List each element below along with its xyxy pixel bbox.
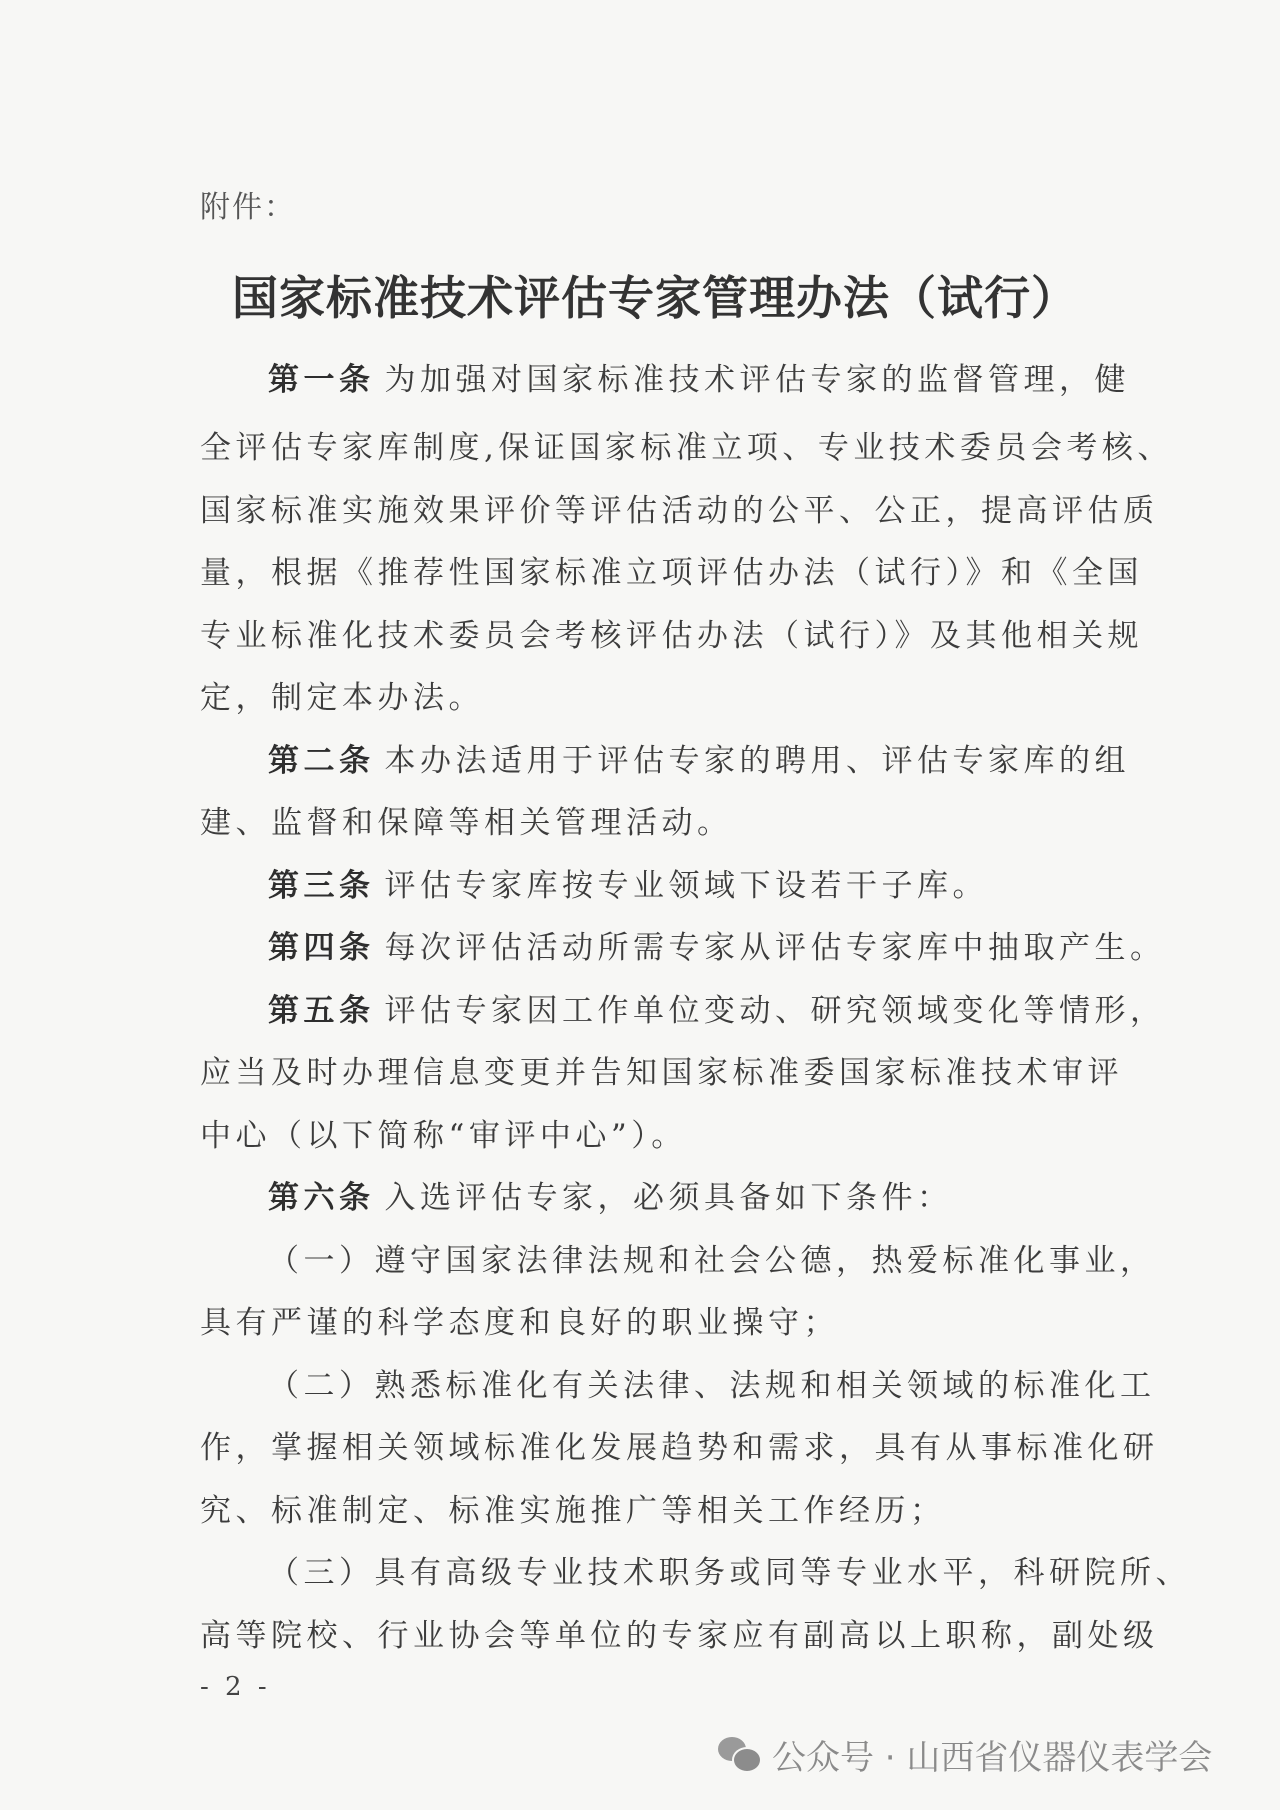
paragraph-line: 第二条本办法适用于评估专家的聘用、评估专家库的组	[268, 741, 1130, 781]
article-label: 第四条	[268, 930, 375, 966]
paragraph-line: 第五条评估专家因工作单位变动、研究领域变化等情形，	[268, 991, 1166, 1031]
paragraph-line: 量，根据《推荐性国家标准立项评估办法（试行）》和《全国	[200, 553, 1143, 593]
paragraph-line: 第一条为加强对国家标准技术评估专家的监督管理，健	[268, 360, 1130, 400]
article-label: 第六条	[268, 1180, 375, 1216]
article-label: 第三条	[268, 868, 375, 904]
paragraph-line: （二）熟悉标准化有关法律、法规和相关领域的标准化工	[268, 1366, 1156, 1406]
paragraph-line: （一）遵守国家法律法规和社会公德，热爱标准化事业，	[268, 1241, 1156, 1281]
paragraph-line: 高等院校、行业协会等单位的专家应有副高以上职称，副处级	[200, 1616, 1159, 1656]
paragraph-line: 专业标准化技术委员会考核评估办法（试行）》及其他相关规	[200, 616, 1143, 656]
article-label: 第二条	[268, 743, 375, 779]
watermark: 公众号 · 山西省仪器仪表学会	[718, 1730, 1212, 1779]
paragraph-line: 定，制定本办法。	[200, 678, 484, 718]
paragraph-line: 第六条入选评估专家，必须具备如下条件：	[268, 1178, 953, 1218]
page-number: - 2 -	[200, 1672, 271, 1702]
paragraph-line: 第三条评估专家库按专业领域下设若干子库。	[268, 866, 988, 906]
paragraph-line: 第四条每次评估活动所需专家从评估专家库中抽取产生。	[268, 928, 1166, 968]
paragraph-line: 建、监督和保障等相关管理活动。	[200, 803, 733, 843]
document-page: 附件： 国家标准技术评估专家管理办法（试行） 第一条为加强对国家标准技术评估专家…	[0, 0, 1280, 1810]
paragraph-line: 具有严谨的科学态度和良好的职业操守；	[200, 1303, 839, 1343]
paragraph-line: 全评估专家库制度,保证国家标准立项、专业技术委员会考核、	[200, 428, 1173, 468]
watermark-text: 公众号 · 山西省仪器仪表学会	[772, 1730, 1212, 1779]
attachment-label: 附件：	[200, 182, 296, 226]
wechat-icon	[718, 1735, 762, 1775]
article-label: 第一条	[268, 362, 375, 398]
paragraph-line: 国家标准实施效果评价等评估活动的公平、公正，提高评估质	[200, 491, 1159, 531]
article-label: 第五条	[268, 993, 375, 1029]
paragraph-line: 应当及时办理信息变更并告知国家标准委国家标准技术审评	[200, 1053, 1123, 1093]
paragraph-line: 究、标准制定、标准实施推广等相关工作经历；	[200, 1491, 946, 1531]
paragraph-line: （三）具有高级专业技术职务或同等专业水平，科研院所、	[268, 1553, 1191, 1593]
paragraph-line: 作，掌握相关领域标准化发展趋势和需求，具有从事标准化研	[200, 1428, 1159, 1468]
document-title: 国家标准技术评估专家管理办法（试行）	[232, 262, 1078, 328]
paragraph-line: 中心（以下简称“审评中心”）。	[200, 1116, 687, 1156]
